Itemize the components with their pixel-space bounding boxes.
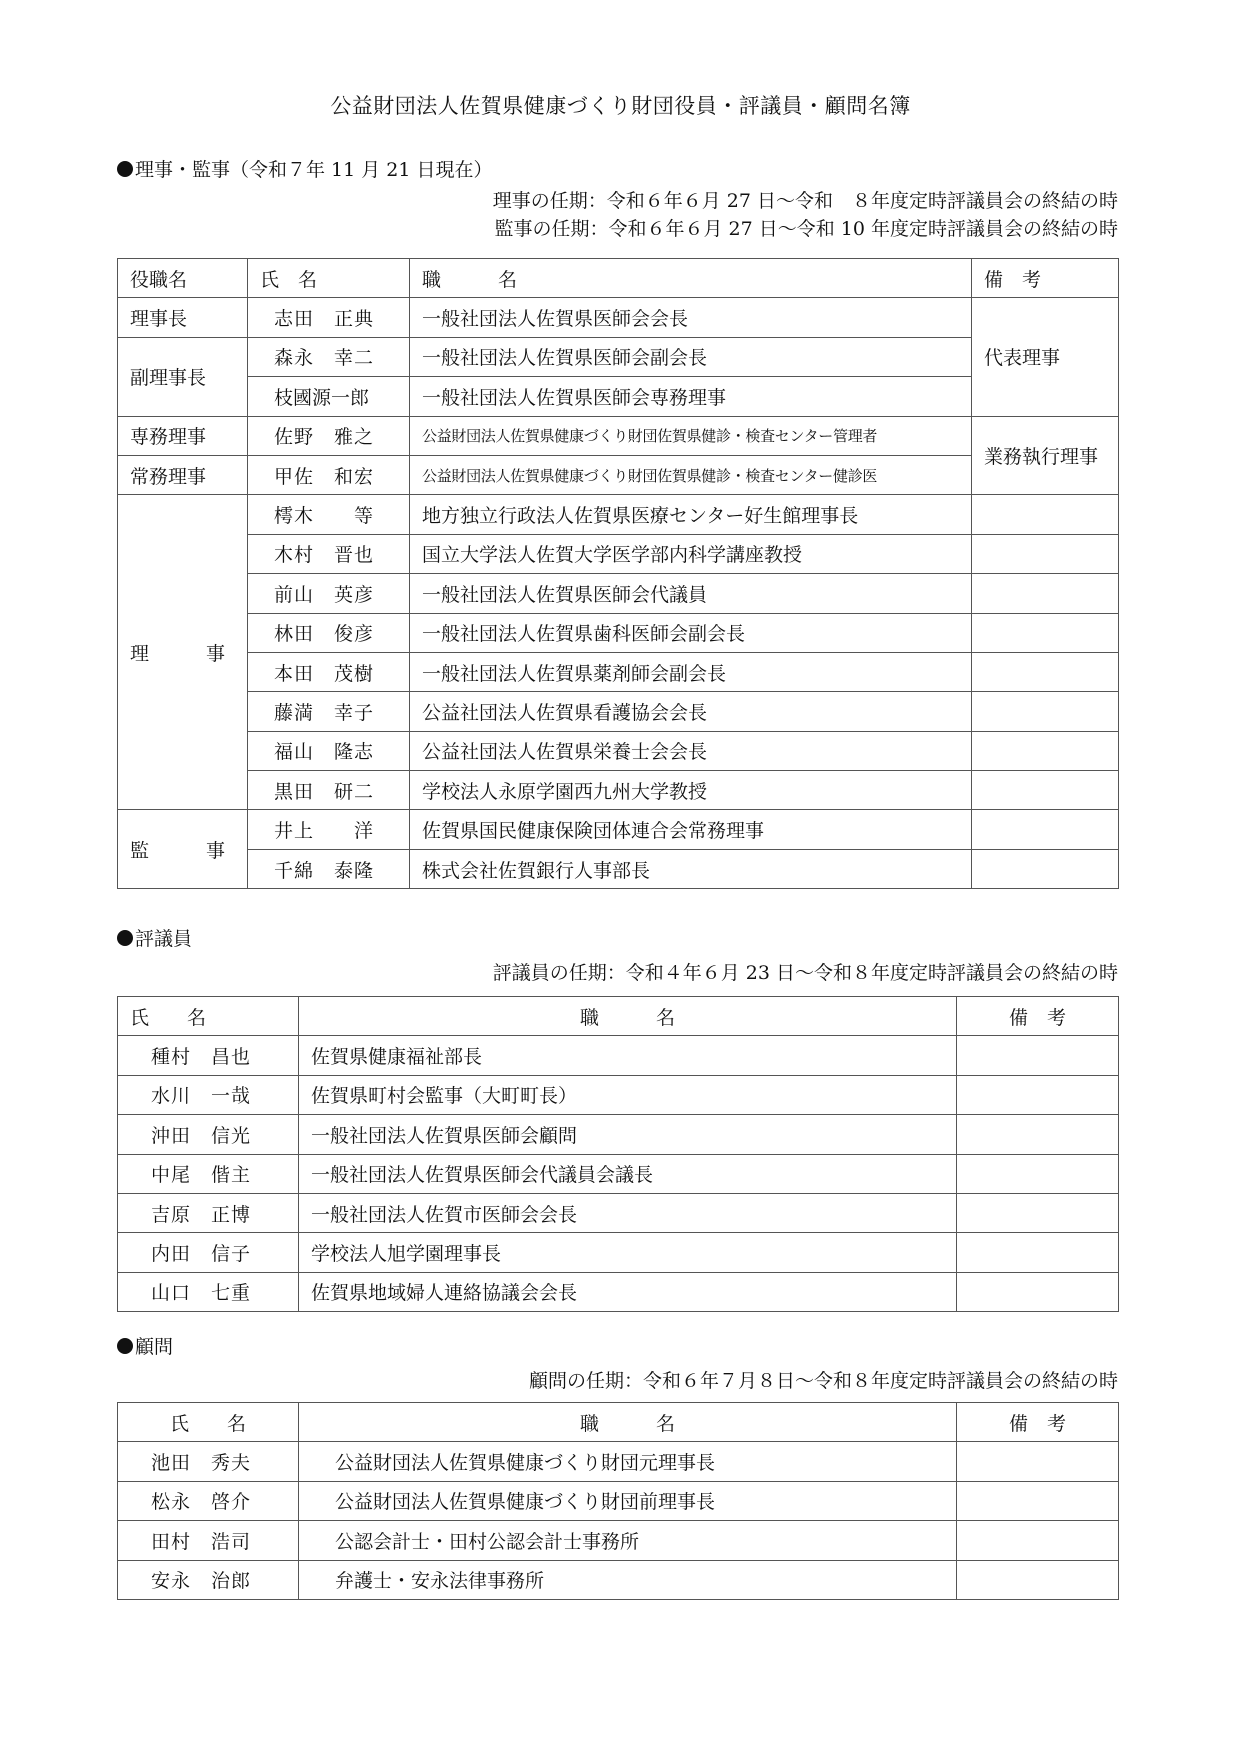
table-row: 黒田 研二 学校法人永原学園西九州大学教授 [118, 771, 1119, 810]
table-row: 沖田 信光 一般社団法人佐賀県医師会顧問 [118, 1115, 1119, 1154]
table-row: 田村 浩司 公認会計士・田村公認会計士事務所 [118, 1521, 1119, 1560]
remark-cell [957, 1154, 1119, 1193]
position-cell: 株式会社佐賀銀行人事部長 [410, 849, 972, 888]
position-cell: 一般社団法人佐賀市医師会会長 [299, 1193, 957, 1232]
councilors-table: 氏 名 職 名 備 考 種村 昌也 佐賀県健康福祉部長 水川 一哉 佐賀県町村会… [117, 996, 1119, 1312]
remark-cell [972, 810, 1119, 849]
table-row: 福山 隆志 公益社団法人佐賀県栄養士会会長 [118, 731, 1119, 770]
position-cell: 一般社団法人佐賀県医師会代議員会議長 [299, 1154, 957, 1193]
remark-cell [957, 1075, 1119, 1114]
column-header-remarks: 備 考 [972, 259, 1119, 298]
position-cell: 一般社団法人佐賀県医師会会長 [410, 298, 972, 337]
table-row: 千綿 泰隆 株式会社佐賀銀行人事部長 [118, 849, 1119, 888]
table-row: 藤満 幸子 公益社団法人佐賀県看護協会会長 [118, 692, 1119, 731]
remark-cell [957, 1233, 1119, 1272]
name-cell: 森永 幸二 [248, 337, 410, 376]
position-cell: 佐賀県健康福祉部長 [299, 1036, 957, 1075]
position-cell: 公益財団法人佐賀県健康づくり財団佐賀県健診・検査センター管理者 [410, 416, 972, 455]
remark-cell [957, 1560, 1119, 1599]
table-row: 山口 七重 佐賀県地域婦人連絡協議会会長 [118, 1272, 1119, 1311]
remark-cell [972, 771, 1119, 810]
name-cell: 中尾 偕主 [118, 1154, 299, 1193]
name-cell: 内田 信子 [118, 1233, 299, 1272]
remark-cell [957, 1481, 1119, 1520]
position-cell: 佐賀県町村会監事（大町町長） [299, 1075, 957, 1114]
role-cell: 常務理事 [118, 455, 248, 494]
table-row: 中尾 偕主 一般社団法人佐賀県医師会代議員会議長 [118, 1154, 1119, 1193]
position-cell: 一般社団法人佐賀県歯科医師会副会長 [410, 613, 972, 652]
bullet-icon [117, 161, 133, 177]
table-header-row: 氏 名 職 名 備 考 [118, 1403, 1119, 1442]
councilors-term: 評議員の任期：令和４年６月 23 日～令和８年度定時評議員会の終結の時 [493, 958, 1118, 985]
name-cell: 池田 秀夫 [118, 1442, 299, 1481]
table-row: 監 事 井上 洋 佐賀県国民健康保険団体連合会常務理事 [118, 810, 1119, 849]
name-cell: 樗木 等 [248, 495, 410, 534]
name-cell: 安永 治郎 [118, 1560, 299, 1599]
table-row: 吉原 正博 一般社団法人佐賀市医師会会長 [118, 1193, 1119, 1232]
councilors-heading: 評議員 [117, 924, 192, 951]
role-cell: 理 事 [118, 495, 248, 810]
position-cell: 佐賀県国民健康保険団体連合会常務理事 [410, 810, 972, 849]
position-cell: 弁護士・安永法律事務所 [299, 1560, 957, 1599]
table-row: 林田 俊彦 一般社団法人佐賀県歯科医師会副会長 [118, 613, 1119, 652]
role-cell: 副理事長 [118, 337, 248, 416]
remark-cell-representative-director: 代表理事 [972, 298, 1119, 416]
advisors-table: 氏 名 職 名 備 考 池田 秀夫 公益財団法人佐賀県健康づくり財団元理事長 松… [117, 1402, 1119, 1600]
column-header-name: 氏 名 [248, 259, 410, 298]
name-cell: 田村 浩司 [118, 1521, 299, 1560]
remark-cell [957, 1115, 1119, 1154]
position-cell: 地方独立行政法人佐賀県医療センター好生館理事長 [410, 495, 972, 534]
name-cell: 種村 昌也 [118, 1036, 299, 1075]
advisors-heading: 顧問 [117, 1332, 173, 1359]
name-cell: 山口 七重 [118, 1272, 299, 1311]
column-header-position: 職 名 [299, 1403, 957, 1442]
name-cell: 水川 一哉 [118, 1075, 299, 1114]
name-cell: 松永 啓介 [118, 1481, 299, 1520]
table-row: 専務理事 佐野 雅之 公益財団法人佐賀県健康づくり財団佐賀県健診・検査センター管… [118, 416, 1119, 455]
name-cell: 千綿 泰隆 [248, 849, 410, 888]
remark-cell-executive-director: 業務執行理事 [972, 416, 1119, 495]
remark-cell [972, 731, 1119, 770]
advisors-term: 顧問の任期：令和６年７月８日～令和８年度定時評議員会の終結の時 [529, 1366, 1118, 1393]
table-header-row: 氏 名 職 名 備 考 [118, 997, 1119, 1036]
name-cell: 甲佐 和宏 [248, 455, 410, 494]
remark-cell [972, 849, 1119, 888]
position-cell: 一般社団法人佐賀県医師会副会長 [410, 337, 972, 376]
table-row: 前山 英彦 一般社団法人佐賀県医師会代議員 [118, 574, 1119, 613]
remark-cell [972, 652, 1119, 691]
table-row: 本田 茂樹 一般社団法人佐賀県薬剤師会副会長 [118, 652, 1119, 691]
position-cell: 佐賀県地域婦人連絡協議会会長 [299, 1272, 957, 1311]
councilors-heading-text: 評議員 [135, 928, 192, 950]
table-row: 木村 晋也 国立大学法人佐賀大学医学部内科学講座教授 [118, 534, 1119, 573]
position-cell: 学校法人旭学園理事長 [299, 1233, 957, 1272]
table-row: 水川 一哉 佐賀県町村会監事（大町町長） [118, 1075, 1119, 1114]
officers-heading-text: 理事・監事（令和７年 11 月 21 日現在） [135, 159, 493, 181]
position-cell: 国立大学法人佐賀大学医学部内科学講座教授 [410, 534, 972, 573]
position-cell: 一般社団法人佐賀県薬剤師会副会長 [410, 652, 972, 691]
name-cell: 佐野 雅之 [248, 416, 410, 455]
remark-cell [972, 574, 1119, 613]
bullet-icon [117, 930, 133, 946]
position-cell: 一般社団法人佐賀県医師会代議員 [410, 574, 972, 613]
bullet-icon [117, 1338, 133, 1354]
table-row: 枝國源一郎 一般社団法人佐賀県医師会専務理事 [118, 377, 1119, 416]
officers-table: 役職名 氏 名 職 名 備 考 理事長 志田 正典 一般社団法人佐賀県医師会会長… [117, 258, 1119, 889]
column-header-remarks: 備 考 [957, 1403, 1119, 1442]
name-cell: 本田 茂樹 [248, 652, 410, 691]
table-row: 内田 信子 学校法人旭学園理事長 [118, 1233, 1119, 1272]
role-cell: 理事長 [118, 298, 248, 337]
position-cell: 公益財団法人佐賀県健康づくり財団前理事長 [299, 1481, 957, 1520]
name-cell: 吉原 正博 [118, 1193, 299, 1232]
remark-cell [957, 1272, 1119, 1311]
column-header-name: 氏 名 [118, 1403, 299, 1442]
table-row: 理 事 樗木 等 地方独立行政法人佐賀県医療センター好生館理事長 [118, 495, 1119, 534]
table-row: 常務理事 甲佐 和宏 公益財団法人佐賀県健康づくり財団佐賀県健診・検査センター健… [118, 455, 1119, 494]
remark-cell [972, 534, 1119, 573]
advisors-heading-text: 顧問 [135, 1336, 173, 1358]
table-row: 副理事長 森永 幸二 一般社団法人佐賀県医師会副会長 [118, 337, 1119, 376]
document-title: 公益財団法人佐賀県健康づくり財団役員・評議員・顧問名簿 [0, 90, 1241, 120]
column-header-remarks: 備 考 [957, 997, 1119, 1036]
remark-cell [972, 613, 1119, 652]
name-cell: 木村 晋也 [248, 534, 410, 573]
position-cell: 公益社団法人佐賀県看護協会会長 [410, 692, 972, 731]
column-header-role: 役職名 [118, 259, 248, 298]
officers-heading: 理事・監事（令和７年 11 月 21 日現在） [117, 155, 493, 182]
table-row: 理事長 志田 正典 一般社団法人佐賀県医師会会長 代表理事 [118, 298, 1119, 337]
remark-cell [972, 495, 1119, 534]
position-cell: 学校法人永原学園西九州大学教授 [410, 771, 972, 810]
position-cell: 公益財団法人佐賀県健康づくり財団元理事長 [299, 1442, 957, 1481]
name-cell: 福山 隆志 [248, 731, 410, 770]
table-row: 池田 秀夫 公益財団法人佐賀県健康づくり財団元理事長 [118, 1442, 1119, 1481]
table-row: 種村 昌也 佐賀県健康福祉部長 [118, 1036, 1119, 1075]
name-cell: 林田 俊彦 [248, 613, 410, 652]
column-header-name: 氏 名 [118, 997, 299, 1036]
remark-cell [957, 1521, 1119, 1560]
name-cell: 沖田 信光 [118, 1115, 299, 1154]
position-cell: 公認会計士・田村公認会計士事務所 [299, 1521, 957, 1560]
name-cell: 黒田 研二 [248, 771, 410, 810]
table-row: 安永 治郎 弁護士・安永法律事務所 [118, 1560, 1119, 1599]
column-header-position: 職 名 [299, 997, 957, 1036]
table-row: 松永 啓介 公益財団法人佐賀県健康づくり財団前理事長 [118, 1481, 1119, 1520]
name-cell: 志田 正典 [248, 298, 410, 337]
name-cell: 井上 洋 [248, 810, 410, 849]
name-cell: 枝國源一郎 [248, 377, 410, 416]
remark-cell [957, 1193, 1119, 1232]
position-cell: 公益社団法人佐賀県栄養士会会長 [410, 731, 972, 770]
auditors-term: 監事の任期：令和６年６月 27 日～令和 10 年度定時評議員会の終結の時 [494, 214, 1118, 241]
role-cell: 監 事 [118, 810, 248, 889]
position-cell: 一般社団法人佐賀県医師会専務理事 [410, 377, 972, 416]
column-header-position: 職 名 [410, 259, 972, 298]
directors-term: 理事の任期：令和６年６月 27 日～令和 ８年度定時評議員会の終結の時 [493, 186, 1118, 213]
position-cell: 一般社団法人佐賀県医師会顧問 [299, 1115, 957, 1154]
remark-cell [957, 1036, 1119, 1075]
name-cell: 藤満 幸子 [248, 692, 410, 731]
remark-cell [957, 1442, 1119, 1481]
role-cell: 専務理事 [118, 416, 248, 455]
position-cell: 公益財団法人佐賀県健康づくり財団佐賀県健診・検査センター健診医 [410, 455, 972, 494]
name-cell: 前山 英彦 [248, 574, 410, 613]
table-header-row: 役職名 氏 名 職 名 備 考 [118, 259, 1119, 298]
remark-cell [972, 692, 1119, 731]
